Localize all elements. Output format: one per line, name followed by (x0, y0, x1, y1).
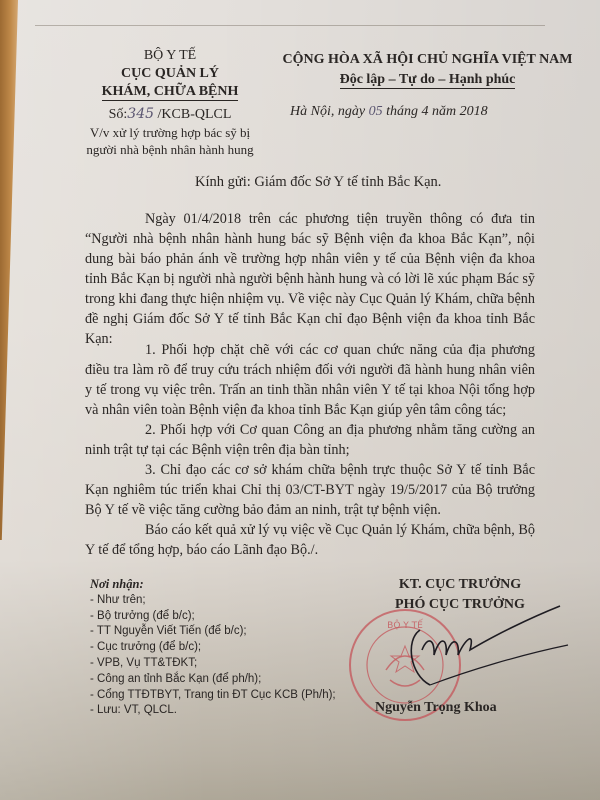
body-item-2: 2. Phối hợp với Cơ quan Công an địa phươ… (85, 420, 535, 460)
body-intro: Ngày 01/4/2018 trên các phương tiện truy… (85, 209, 535, 349)
recipients-title: Nơi nhận: (90, 577, 336, 593)
addressee: Kính gửi: Giám đốc Sở Y tế tỉnh Bắc Kạn. (195, 174, 441, 191)
issuer-header: BỘ Y TẾ CỤC QUẢN LÝ KHÁM, CHỮA BỆNH (70, 47, 270, 101)
national-motto: Độc lập – Tự do – Hạnh phúc (340, 72, 516, 89)
body-item-3: 3. Chỉ đạo các cơ sở khám chữa bệnh trực… (85, 460, 535, 520)
document-number: Số:345 /KCB-QLCL (60, 106, 280, 123)
date-day-handwritten: 05 (369, 104, 383, 119)
subject-line1: V/v xử lý trường hợp bác sỹ bị (70, 124, 270, 141)
recipient-item: - Như trên; (90, 593, 336, 609)
country-name: CỘNG HÒA XÃ HỘI CHỦ NGHĨA VIỆT NAM (255, 50, 600, 70)
department-name-line2: KHÁM, CHỮA BỆNH (102, 84, 239, 101)
date-line: Hà Nội, ngày 05 tháng 4 năm 2018 (290, 104, 488, 120)
recipients-list: Nơi nhận: - Như trên; - Bộ trưởng (để b/… (90, 577, 336, 719)
doc-number-prefix: Số: (109, 107, 128, 122)
recipient-item: - Lưu: VT, QLCL. (90, 703, 336, 719)
recipient-item: - Cục trưởng (để b/c); (90, 640, 336, 656)
paper-fold-line (35, 25, 545, 26)
handwritten-signature-icon (400, 600, 575, 700)
doc-number-suffix: /KCB-QLCL (154, 107, 231, 122)
recipient-item: - Bộ trưởng (để b/c); (90, 609, 336, 625)
body-items: 1. Phối hợp chặt chẽ với các cơ quan chứ… (85, 340, 535, 560)
ministry-name: BỘ Y TẾ (70, 47, 270, 65)
recipient-item: - Cổng TTĐTBYT, Trang tin ĐT Cục KCB (Ph… (90, 688, 336, 704)
subject: V/v xử lý trường hợp bác sỹ bị người nhà… (70, 124, 270, 158)
department-name-line1: CỤC QUẢN LÝ (70, 65, 270, 83)
recipient-item: - Công an tỉnh Bắc Kạn (để ph/h); (90, 672, 336, 688)
signer-name: Nguyễn Trọng Khoa (375, 700, 497, 716)
date-prefix: Hà Nội, ngày (290, 104, 369, 119)
doc-number-handwritten: 345 (127, 106, 154, 122)
recipient-item: - VPB, Vụ TT&TĐKT; (90, 656, 336, 672)
national-header: CỘNG HÒA XÃ HỘI CHỦ NGHĨA VIỆT NAM Độc l… (255, 50, 600, 90)
body-closing: Báo cáo kết quả xử lý vụ việc về Cục Quả… (85, 520, 535, 560)
recipient-item: - TT Nguyễn Viết Tiến (để b/c); (90, 624, 336, 640)
body-item-1: 1. Phối hợp chặt chẽ với các cơ quan chứ… (85, 340, 535, 420)
signature-title-line1: KT. CỤC TRƯỞNG (360, 575, 560, 595)
date-suffix: tháng 4 năm 2018 (383, 104, 488, 119)
subject-line2: người nhà bệnh nhân hành hung (70, 141, 270, 158)
